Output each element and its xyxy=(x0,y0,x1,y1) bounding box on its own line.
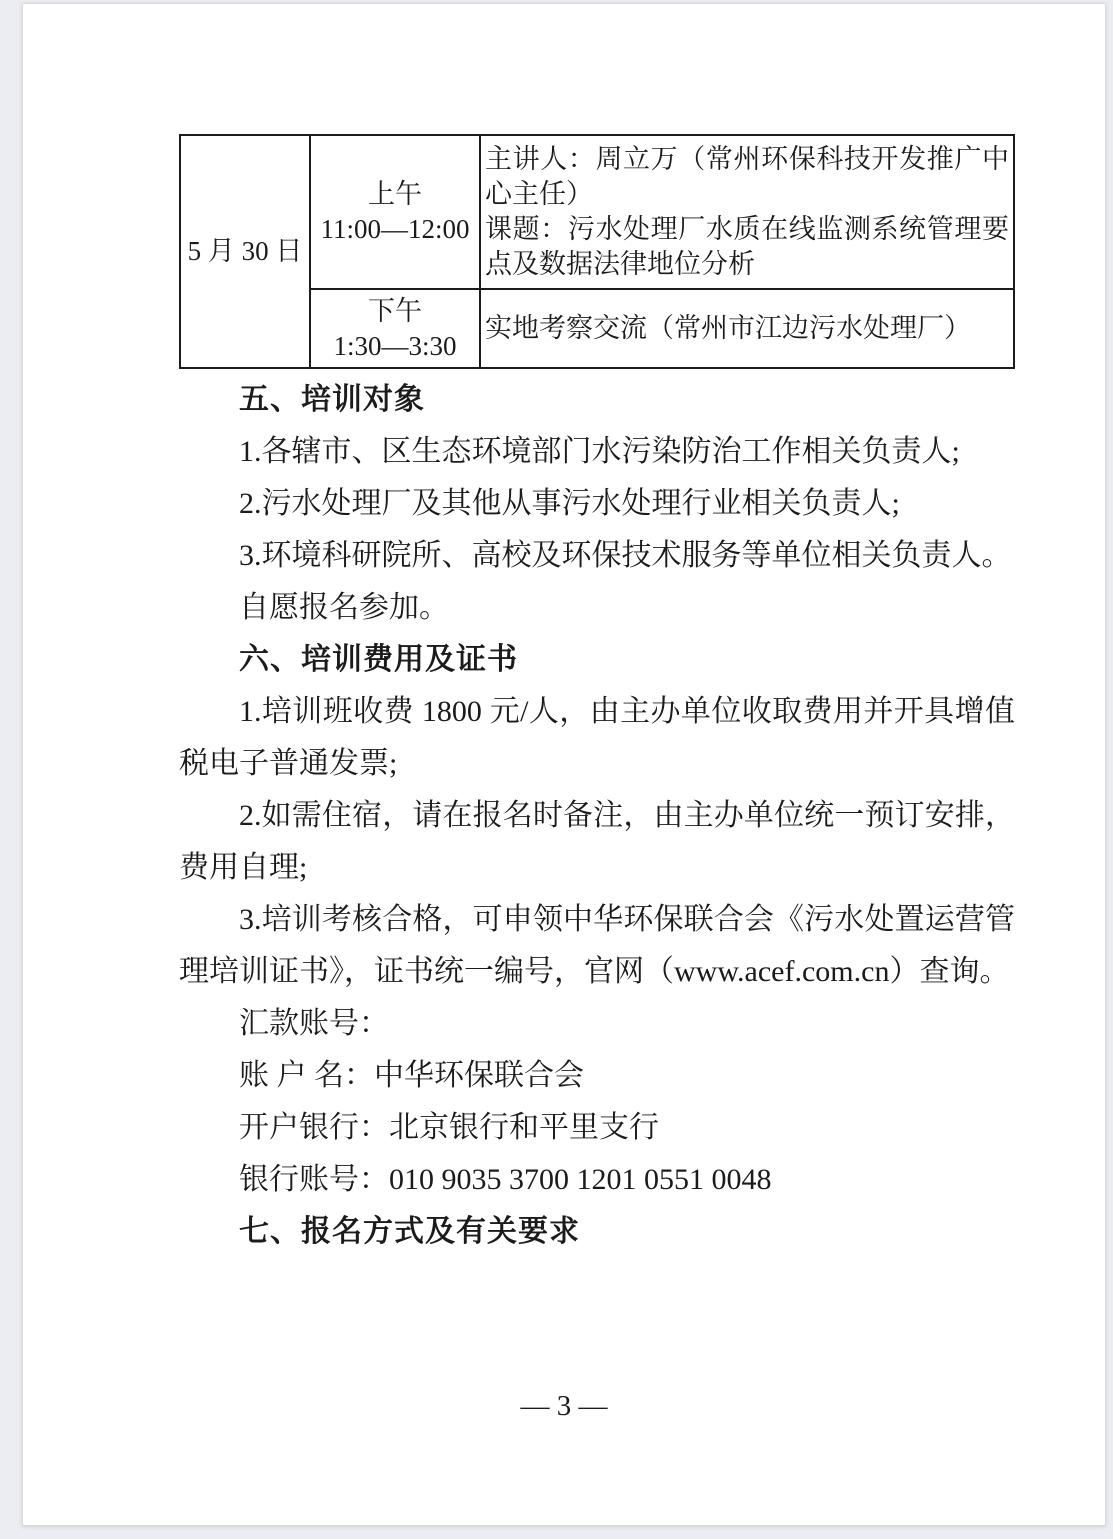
lecture-topic-line: 课题：污水处理厂水质在线监测系统管理要点及数据法律地位分析 xyxy=(485,212,1009,282)
table-row: 5 月 30 日 上午 11:00—12:00 主讲人：周立万（常州环保科技开发… xyxy=(180,135,1014,289)
list-item: 1.培训班收费 1800 元/人，由主办单位收取费用并开具增值税电子普通发票; xyxy=(179,686,1015,790)
time-range: 11:00—12:00 xyxy=(315,212,475,247)
session-label: 上午 xyxy=(315,177,475,212)
visit-activity-line: 实地考察交流（常州市江边污水处理厂） xyxy=(485,311,1009,346)
document-page: 5 月 30 日 上午 11:00—12:00 主讲人：周立万（常州环保科技开发… xyxy=(22,3,1106,1526)
list-item: 2.如需住宿，请在报名时备注，由主办单位统一预订安排，费用自理; xyxy=(179,790,1015,894)
remittance-account-label: 汇款账号： xyxy=(179,998,1015,1050)
session-time-cell: 上午 11:00—12:00 xyxy=(310,135,480,289)
account-name-line: 账 户 名：中华环保联合会 xyxy=(179,1050,1015,1102)
time-range: 1:30—3:30 xyxy=(315,329,475,364)
body-text: 五、培训对象 1.各辖市、区生态环境部门水污染防治工作相关负责人; 2.污水处理… xyxy=(179,374,1015,1258)
section-heading-7: 七、报名方式及有关要求 xyxy=(179,1206,1015,1258)
session-label: 下午 xyxy=(315,294,475,329)
content-cell: 实地考察交流（常州市江边污水处理厂） xyxy=(480,289,1014,368)
section-heading-6: 六、培训费用及证书 xyxy=(179,634,1015,686)
session-time-cell: 下午 1:30—3:30 xyxy=(310,289,480,368)
page-number: — 3 — xyxy=(23,1386,1105,1426)
bank-account-number-line: 银行账号：010 9035 3700 1201 0551 0048 xyxy=(179,1154,1015,1206)
schedule-table: 5 月 30 日 上午 11:00—12:00 主讲人：周立万（常州环保科技开发… xyxy=(179,134,1015,369)
date-cell: 5 月 30 日 xyxy=(180,135,310,368)
content-cell: 主讲人：周立万（常州环保科技开发推广中心主任） 课题：污水处理厂水质在线监测系统… xyxy=(480,135,1014,289)
list-item: 3.环境科研院所、高校及环保技术服务等单位相关负责人。 xyxy=(179,530,1015,582)
bank-branch-line: 开户银行：北京银行和平里支行 xyxy=(179,1102,1015,1154)
list-item: 3.培训考核合格，可申领中华环保联合会《污水处置运营管理培训证书》，证书统一编号… xyxy=(179,894,1015,998)
paragraph: 自愿报名参加。 xyxy=(179,582,1015,634)
list-item: 1.各辖市、区生态环境部门水污染防治工作相关负责人; xyxy=(179,426,1015,478)
page-content: 5 月 30 日 上午 11:00—12:00 主讲人：周立万（常州环保科技开发… xyxy=(179,4,1015,1258)
list-item: 2.污水处理厂及其他从事污水处理行业相关负责人; xyxy=(179,478,1015,530)
lecture-speaker-line: 主讲人：周立万（常州环保科技开发推广中心主任） xyxy=(485,142,1009,212)
section-heading-5: 五、培训对象 xyxy=(179,374,1015,426)
